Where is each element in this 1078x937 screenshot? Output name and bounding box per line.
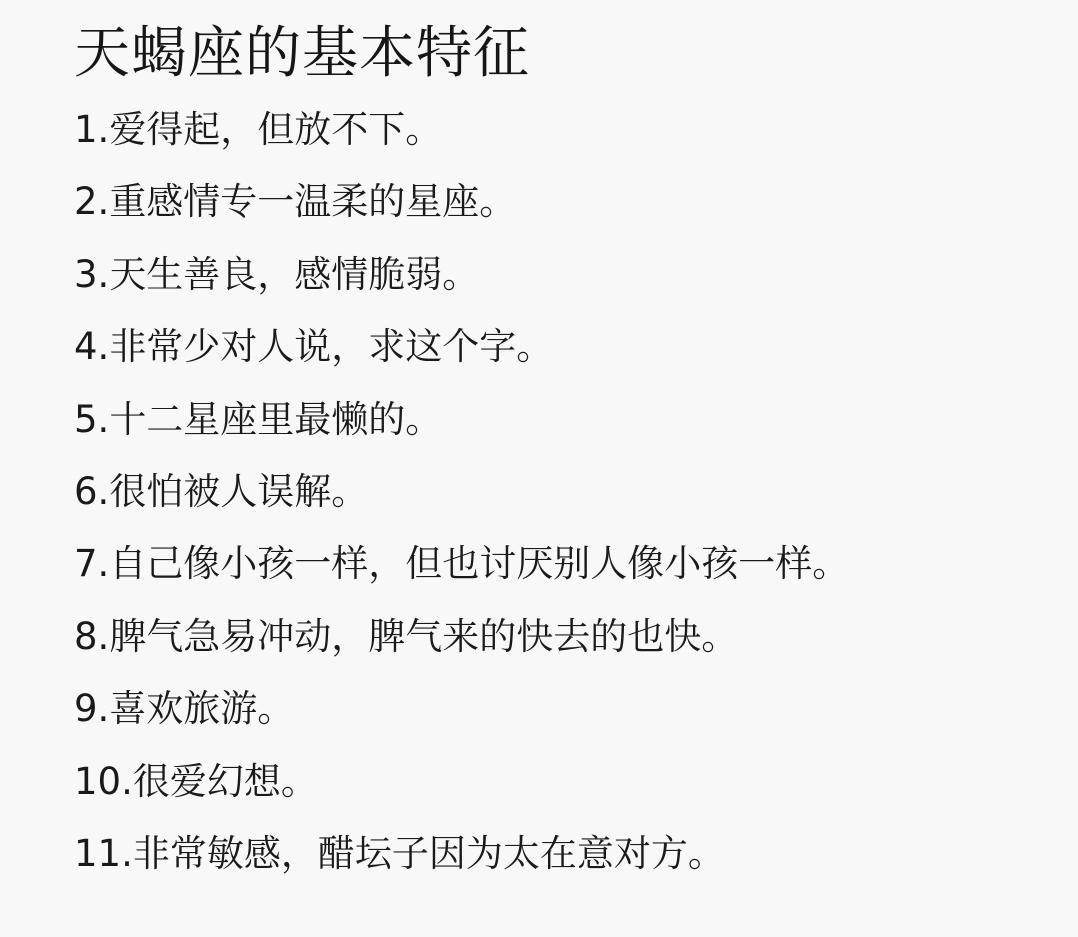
list-item: 11.非常敏感，醋坛子因为太在意对方。	[74, 830, 1078, 878]
item-text: 很爱幻想。	[133, 760, 318, 803]
item-text: 自己像小孩一样，但也讨厌别人像小孩一样。	[109, 542, 849, 585]
page-title: 天蝎座的基本特征	[74, 18, 1078, 90]
item-number: 3.	[74, 253, 109, 296]
trait-list: 1.爱得起，但放不下。 2.重感情专一温柔的星座。 3.天生善良，感情脆弱。 4…	[74, 106, 1078, 878]
item-text: 喜欢旅游。	[109, 687, 294, 730]
item-number: 8.	[74, 615, 109, 658]
item-number: 1.	[74, 108, 109, 151]
document: 天蝎座的基本特征 1.爱得起，但放不下。 2.重感情专一温柔的星座。 3.天生善…	[74, 18, 1078, 902]
item-number: 10.	[74, 760, 133, 803]
list-item: 4.非常少对人说，求这个字。	[74, 323, 1078, 371]
item-text: 重感情专一温柔的星座。	[109, 180, 516, 223]
item-number: 2.	[74, 180, 109, 223]
item-text: 爱得起，但放不下。	[109, 108, 442, 151]
item-text: 十二星座里最懒的。	[109, 398, 442, 441]
list-item: 5.十二星座里最懒的。	[74, 396, 1078, 444]
list-item: 7.自己像小孩一样，但也讨厌别人像小孩一样。	[74, 540, 1078, 588]
list-item: 8.脾气急易冲动，脾气来的快去的也快。	[74, 613, 1078, 661]
list-item: 9.喜欢旅游。	[74, 685, 1078, 733]
item-number: 4.	[74, 325, 109, 368]
list-item: 2.重感情专一温柔的星座。	[74, 178, 1078, 226]
item-text: 非常敏感，醋坛子因为太在意对方。	[133, 832, 725, 875]
list-item: 10.很爱幻想。	[74, 758, 1078, 806]
list-item: 6.很怕被人误解。	[74, 468, 1078, 516]
item-number: 5.	[74, 398, 109, 441]
item-text: 天生善良，感情脆弱。	[109, 253, 479, 296]
item-number: 11.	[74, 832, 133, 875]
item-number: 9.	[74, 687, 109, 730]
list-item: 3.天生善良，感情脆弱。	[74, 251, 1078, 299]
item-number: 6.	[74, 470, 109, 513]
item-text: 脾气急易冲动，脾气来的快去的也快。	[109, 615, 738, 658]
item-text: 非常少对人说，求这个字。	[109, 325, 553, 368]
item-text: 很怕被人误解。	[109, 470, 368, 513]
item-number: 7.	[74, 542, 109, 585]
list-item: 1.爱得起，但放不下。	[74, 106, 1078, 154]
